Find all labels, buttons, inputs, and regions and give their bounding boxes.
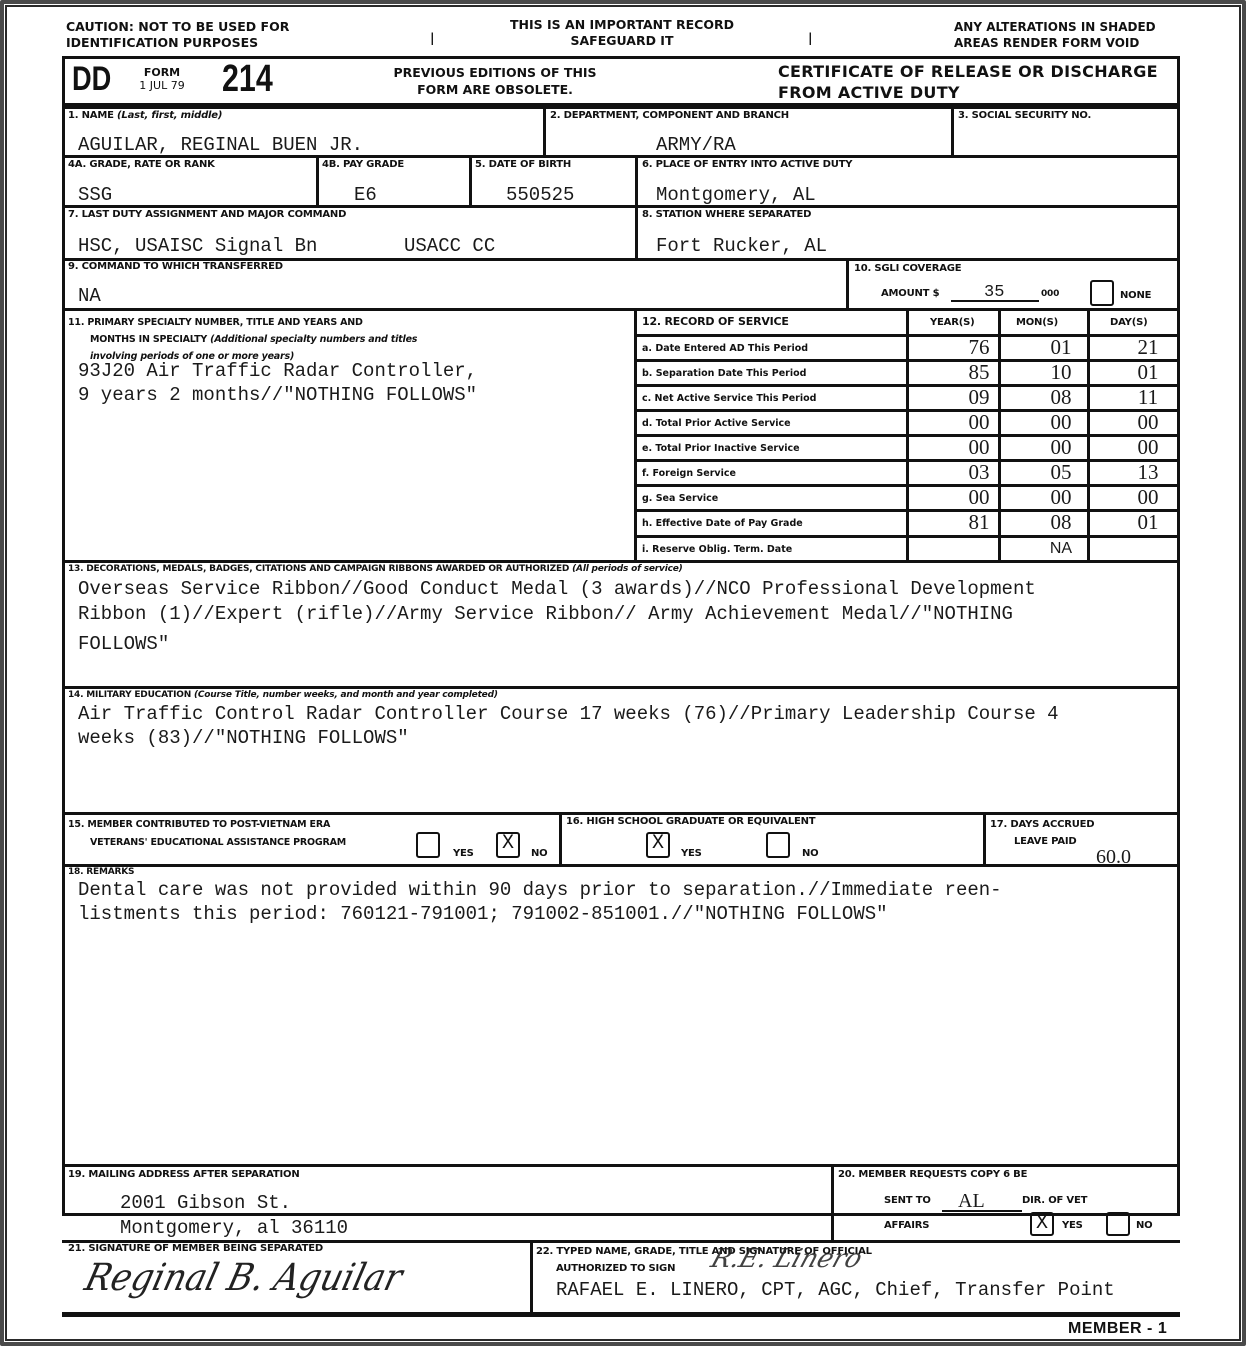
divider [62,686,1180,689]
important-line-2: SAFEGUARD IT [486,33,758,49]
name-field[interactable]: AGUILAR, REGINAL BUEN JR. [78,134,363,156]
pay-grade-field[interactable]: E6 [354,184,377,206]
specialty-line-1[interactable]: 93J20 Air Traffic Radar Controller, [78,360,477,382]
service-month[interactable]: 05 [1036,460,1086,485]
service-row: c. Net Active Service This Period 09 08 … [636,386,1178,411]
tick-mark: | [808,30,813,46]
remarks-line-1[interactable]: Dental care was not provided within 90 d… [78,879,1002,901]
column-header-days: DAY(S) [1110,317,1147,328]
veap-yes-checkbox[interactable] [416,832,440,858]
member-signature-label: 21. SIGNATURE OF MEMBER BEING SEPARATED [68,1243,323,1254]
divider [951,106,954,157]
decorations-hint: (All periods of service) [572,564,682,574]
form-bottom-border [62,1312,1180,1317]
education-hint: (Course Title, number weeks, and month a… [194,690,498,700]
service-row-label: g. Sea Service [642,493,718,504]
specialty-label: 11. PRIMARY SPECIALTY NUMBER, TITLE AND … [68,314,417,365]
sgli-label: 10. SGLI COVERAGE [854,263,961,274]
education-label: 14. MILITARY EDUCATION (Course Title, nu… [68,690,498,700]
affairs-label: AFFAIRS [884,1220,929,1231]
veap-no-checkbox[interactable]: X [496,832,520,858]
copy-designation: MEMBER - 1 [1068,1320,1167,1338]
service-row-label: a. Date Entered AD This Period [642,343,808,354]
veap-no-label: NO [531,848,547,859]
decorations-line-1[interactable]: Overseas Service Ribbon//Good Conduct Me… [78,578,1036,600]
tick-mark: | [430,30,435,46]
high-school-no-checkbox[interactable] [766,832,790,858]
veap-label-line-2: VETERANS' EDUCATIONAL ASSISTANCE PROGRAM [68,834,346,852]
major-command-field[interactable]: USACC CC [404,235,495,257]
dob-field[interactable]: 550525 [506,184,574,206]
high-school-yes-label: YES [681,848,702,859]
divider [469,155,472,207]
important-record-note: THIS IS AN IMPORTANT RECORD SAFEGUARD IT [486,17,758,49]
divider [635,155,638,260]
copy-request-no-label: NO [1136,1220,1152,1231]
form-title: CERTIFICATE OF RELEASE OR DISCHARGE FROM… [778,61,1158,103]
member-signature[interactable]: Reginal B. Aguilar [81,1256,407,1300]
divider [543,106,546,157]
previous-editions-line-2: FORM ARE OBSOLETE. [380,81,610,98]
decorations-label-text: 13. DECORATIONS, MEDALS, BADGES, CITATIO… [68,564,569,574]
service-row: e. Total Prior Inactive Service 00 00 00 [636,436,1178,461]
copy-request-no-checkbox[interactable] [1106,1212,1130,1236]
leave-label: 17. DAYS ACCRUED LEAVE PAID [990,816,1094,850]
copy-request-label: 20. MEMBER REQUESTS COPY 6 BE [838,1169,1027,1180]
divider [846,258,849,310]
veap-label: 15. MEMBER CONTRIBUTED TO POST-VIETNAM E… [68,816,346,852]
station-separated-field[interactable]: Fort Rucker, AL [656,235,827,257]
form-title-line-2: FROM ACTIVE DUTY [778,82,1158,103]
mailing-address-line-2[interactable]: Montgomery, al 36110 [120,1217,348,1239]
pay-grade-label: 4b. PAY GRADE [322,159,404,170]
specialty-hint-line-2: (Additional specialty numbers and titles [210,334,417,345]
service-row: g. Sea Service 00 00 00 [636,486,1178,511]
important-line-1: THIS IS AN IMPORTANT RECORD [486,17,758,33]
service-month[interactable]: 10 [1036,360,1086,385]
sgli-amount-suffix: 000 [1041,289,1059,299]
remarks-label: 18. REMARKS [68,867,134,877]
dir-of-vet-label: DIR. OF VET [1022,1195,1087,1206]
alterations-line-2: AREAS RENDER FORM VOID [954,35,1156,51]
high-school-yes-checkbox[interactable]: X [646,832,670,858]
service-row-label: i. Reserve Oblig. Term. Date [642,544,792,555]
leave-label-line-1: 17. DAYS ACCRUED [990,816,1094,833]
service-row: d. Total Prior Active Service 00 00 00 [636,411,1178,436]
alterations-line-1: ANY ALTERATIONS IN SHADED [954,19,1156,35]
veap-yes-label: YES [453,848,474,859]
last-duty-field[interactable]: HSC, USAISC Signal Bn [78,235,317,257]
divider [62,308,1180,311]
mailing-address-label: 19. MAILING ADDRESS AFTER SEPARATION [68,1169,300,1180]
service-month[interactable]: 00 [1036,435,1086,460]
service-month[interactable]: 00 [1036,485,1086,510]
service-row: b. Separation Date This Period 85 10 01 [636,361,1178,386]
leave-label-line-2: LEAVE PAID [990,833,1094,850]
service-row: f. Foreign Service 03 05 13 [636,461,1178,486]
service-day[interactable]: 00 [1128,410,1168,435]
last-duty-label: 7. LAST DUTY ASSIGNMENT AND MAJOR COMMAN… [68,209,346,220]
official-name-field[interactable]: RAFAEL E. LINERO, CPT, AGC, Chief, Trans… [556,1279,1115,1301]
form-number: 214 [222,58,273,101]
service-month[interactable]: 08 [1036,385,1086,410]
service-row: a. Date Entered AD This Period 76 01 21 [636,336,1178,361]
sgli-none-label: NONE [1120,290,1151,301]
sgli-none-checkbox[interactable] [1090,280,1114,306]
service-year[interactable]: 00 [954,485,1004,510]
service-row-label: f. Foreign Service [642,468,736,479]
form-date: 1 JUL 79 [136,79,188,92]
command-transferred-label: 9. COMMAND TO WHICH TRANSFERRED [68,261,283,272]
sgli-amount-field[interactable]: 35 [984,283,1004,302]
service-row: i. Reserve Oblig. Term. Date NA [636,537,1178,562]
divider [831,1164,834,1240]
form-prefix: DD [72,60,111,99]
ssn-label: 3. SOCIAL SECURITY NO. [958,110,1091,121]
form-word-text: FORM [136,66,188,79]
service-year[interactable]: 76 [954,335,1004,360]
education-label-text: 14. MILITARY EDUCATION [68,690,191,700]
divider [983,812,986,864]
service-row-label: h. Effective Date of Pay Grade [642,518,803,529]
service-year[interactable]: 85 [954,360,1004,385]
service-day[interactable]: 13 [1128,460,1168,485]
service-year[interactable]: 00 [954,435,1004,460]
education-line-1[interactable]: Air Traffic Control Radar Controller Cou… [78,703,1059,725]
grade-label: 4a. GRADE, RATE OR RANK [68,159,215,170]
grade-field[interactable]: SSG [78,184,112,206]
station-separated-label: 8. STATION WHERE SEPARATED [642,209,811,220]
caution-line-2: IDENTIFICATION PURPOSES [66,35,289,51]
mailing-address-line-1[interactable]: 2001 Gibson St. [120,1192,291,1214]
command-transferred-field[interactable]: NA [78,285,101,307]
high-school-label: 16. HIGH SCHOOL GRADUATE OR EQUIVALENT [566,816,815,827]
place-of-entry-field[interactable]: Montgomery, AL [656,184,816,206]
previous-editions-note: PREVIOUS EDITIONS OF THIS FORM ARE OBSOL… [380,64,610,98]
official-signature[interactable]: R.E. Linero [707,1244,866,1274]
form-body-border [62,106,1180,1216]
column-header-years: YEAR(S) [930,317,974,328]
divider [62,560,1180,563]
divider [316,155,319,207]
decorations-label: 13. DECORATIONS, MEDALS, BADGES, CITATIO… [68,564,683,574]
remarks-line-2[interactable]: listments this period: 760121-791001; 79… [78,903,888,925]
decorations-line-2[interactable]: Ribbon (1)//Expert (rifle)//Army Service… [78,603,1013,625]
place-of-entry-label: 6. PLACE OF ENTRY INTO ACTIVE DUTY [642,159,852,170]
previous-editions-line-1: PREVIOUS EDITIONS OF THIS [380,64,610,81]
specialty-label-line-1: 11. PRIMARY SPECIALTY NUMBER, TITLE AND … [68,314,417,331]
copy-request-yes-checkbox[interactable]: X [1030,1212,1054,1236]
sent-to-label: SENT TO [884,1195,931,1206]
divider [62,1164,1180,1167]
service-day[interactable]: 01 [1128,360,1168,385]
service-day[interactable]: 00 [1128,435,1168,460]
copy-request-yes-label: YES [1062,1220,1083,1231]
department-label: 2. DEPARTMENT, COMPONENT AND BRANCH [550,110,789,121]
name-label-text: 1. NAME [68,110,114,121]
high-school-no-label: NO [802,848,818,859]
dob-label: 5. DATE OF BIRTH [475,159,571,170]
service-row-label: d. Total Prior Active Service [642,418,791,429]
alterations-note: ANY ALTERATIONS IN SHADED AREAS RENDER F… [954,19,1156,51]
service-year[interactable]: 00 [954,410,1004,435]
service-year[interactable]: 09 [954,385,1004,410]
veap-label-line-1: 15. MEMBER CONTRIBUTED TO POST-VIETNAM E… [68,816,346,834]
education-line-2[interactable]: weeks (83)//"NOTHING FOLLOWS" [78,727,409,749]
service-day[interactable]: 11 [1128,385,1168,410]
service-year[interactable]: 81 [954,510,1004,535]
divider [62,205,1180,208]
divider [530,1240,533,1316]
name-label: 1. NAME (Last, first, middle) [68,110,222,121]
form-title-line-1: CERTIFICATE OF RELEASE OR DISCHARGE [778,61,1158,82]
service-month[interactable]: NA [1036,540,1086,558]
service-day[interactable]: 01 [1128,510,1168,535]
service-month[interactable]: 01 [1036,335,1086,360]
decorations-line-3[interactable]: FOLLOWS" [78,633,169,655]
specialty-line-2[interactable]: 9 years 2 months//"NOTHING FOLLOWS" [78,384,477,406]
service-row: h. Effective Date of Pay Grade 81 08 01 [636,511,1178,536]
service-day[interactable]: 00 [1128,485,1168,510]
name-label-hint: (Last, first, middle) [117,110,222,121]
service-month[interactable]: 08 [1036,510,1086,535]
column-header-months: MON(S) [1016,317,1058,328]
form-word: FORM 1 JUL 79 [136,66,188,92]
sent-to-state-field[interactable]: AL [958,1190,985,1213]
department-field[interactable]: ARMY/RA [656,134,736,156]
divider [559,812,562,864]
specialty-label-line-2: MONTHS IN SPECIALTY [90,334,207,345]
service-month[interactable]: 00 [1036,410,1086,435]
divider [62,864,1180,867]
service-day[interactable]: 21 [1128,335,1168,360]
caution-line-1: CAUTION: NOT TO BE USED FOR [66,19,289,35]
service-row-label: e. Total Prior Inactive Service [642,443,800,454]
sgli-amount-label: AMOUNT $ [881,288,939,299]
service-row-label: b. Separation Date This Period [642,368,806,379]
caution-note: CAUTION: NOT TO BE USED FOR IDENTIFICATI… [66,19,289,51]
service-year[interactable]: 03 [954,460,1004,485]
service-row-label: c. Net Active Service This Period [642,393,816,404]
divider [62,812,1180,815]
record-of-service-label: 12. RECORD OF SERVICE [642,315,789,328]
